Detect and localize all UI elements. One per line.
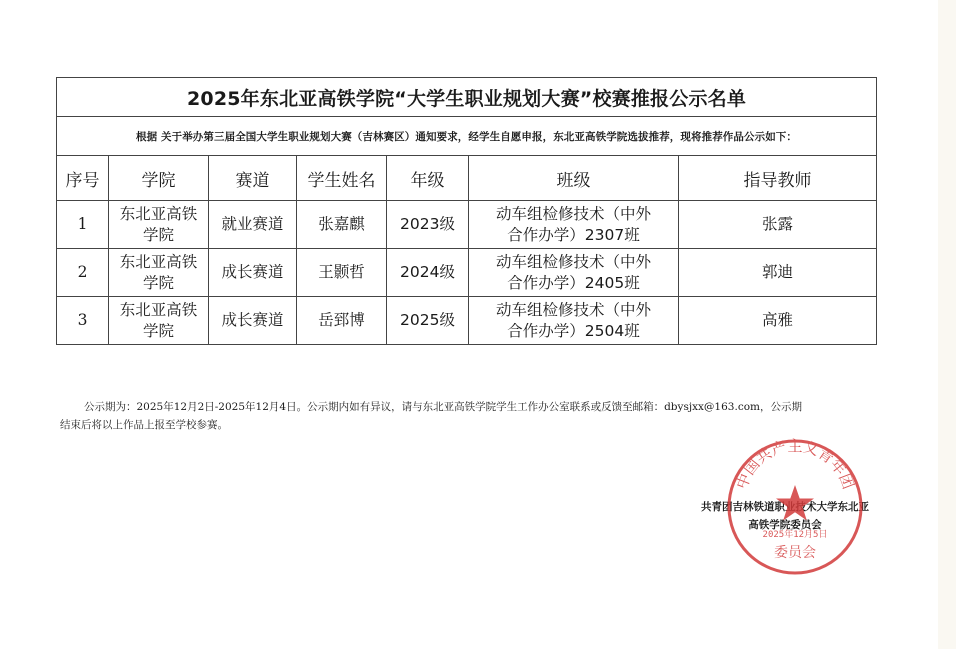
header-college: 学院 <box>109 156 209 201</box>
cell-college: 东北亚高铁学院 <box>109 297 209 345</box>
header-grade: 年级 <box>387 156 469 201</box>
header-class: 班级 <box>469 156 679 201</box>
header-no: 序号 <box>57 156 109 201</box>
intro-text: 根据 关于举办第三届全国大学生职业规划大赛（吉林赛区）通知要求，经学生自愿申报，… <box>57 117 877 156</box>
cell-student-name: 王颢哲 <box>297 249 387 297</box>
cell-class: 动车组检修技术（中外合作办学）2504班 <box>469 297 679 345</box>
cell-student-name: 岳郅博 <box>297 297 387 345</box>
cell-student-name: 张嘉麒 <box>297 201 387 249</box>
signature-line-2: 高铁学院委员会 <box>680 516 890 534</box>
table-row: 1 东北亚高铁学院 就业赛道 张嘉麒 2023级 动车组检修技术（中外合作办学）… <box>57 201 877 249</box>
table-row: 2 东北亚高铁学院 成长赛道 王颢哲 2024级 动车组检修技术（中外合作办学）… <box>57 249 877 297</box>
seal-arc-text: 中国共产主义青年团 <box>733 437 858 492</box>
cell-grade: 2023级 <box>387 201 469 249</box>
cell-no: 2 <box>57 249 109 297</box>
cell-advisor: 郭迪 <box>679 249 877 297</box>
notice-line-2: 结束后将以上作品上报至学校参赛。 <box>60 416 880 434</box>
issuer-signature: 共青团吉林铁道职业技术大学东北亚 高铁学院委员会 <box>680 498 890 534</box>
notice-line-1: 公示期为：2025年12月2日-2025年12月4日。公示期内如有异议，请与东北… <box>60 398 880 416</box>
header-advisor: 指导教师 <box>679 156 877 201</box>
cell-class: 动车组检修技术（中外合作办学）2307班 <box>469 201 679 249</box>
header-student-name: 学生姓名 <box>297 156 387 201</box>
table-row: 3 东北亚高铁学院 成长赛道 岳郅博 2025级 动车组检修技术（中外合作办学）… <box>57 297 877 345</box>
seal-bottom-text: 委员会 <box>774 545 816 561</box>
header-track: 赛道 <box>209 156 297 201</box>
cell-college: 东北亚高铁学院 <box>109 249 209 297</box>
cell-class: 动车组检修技术（中外合作办学）2405班 <box>469 249 679 297</box>
page-edge <box>938 0 956 649</box>
cell-track: 就业赛道 <box>209 201 297 249</box>
cell-grade: 2024级 <box>387 249 469 297</box>
cell-no: 3 <box>57 297 109 345</box>
publicity-notice: 公示期为：2025年12月2日-2025年12月4日。公示期内如有异议，请与东北… <box>60 398 880 434</box>
publicity-table: 2025年东北亚高铁学院“大学生职业规划大赛”校赛推报公示名单 根据 关于举办第… <box>56 77 877 345</box>
cell-grade: 2025级 <box>387 297 469 345</box>
cell-track: 成长赛道 <box>209 297 297 345</box>
cell-college: 东北亚高铁学院 <box>109 201 209 249</box>
table-header-row: 序号 学院 赛道 学生姓名 年级 班级 指导教师 <box>57 156 877 201</box>
cell-track: 成长赛道 <box>209 249 297 297</box>
document-title: 2025年东北亚高铁学院“大学生职业规划大赛”校赛推报公示名单 <box>57 78 877 117</box>
signature-line-1: 共青团吉林铁道职业技术大学东北亚 <box>680 498 890 516</box>
cell-advisor: 张露 <box>679 201 877 249</box>
cell-advisor: 高雅 <box>679 297 877 345</box>
cell-no: 1 <box>57 201 109 249</box>
